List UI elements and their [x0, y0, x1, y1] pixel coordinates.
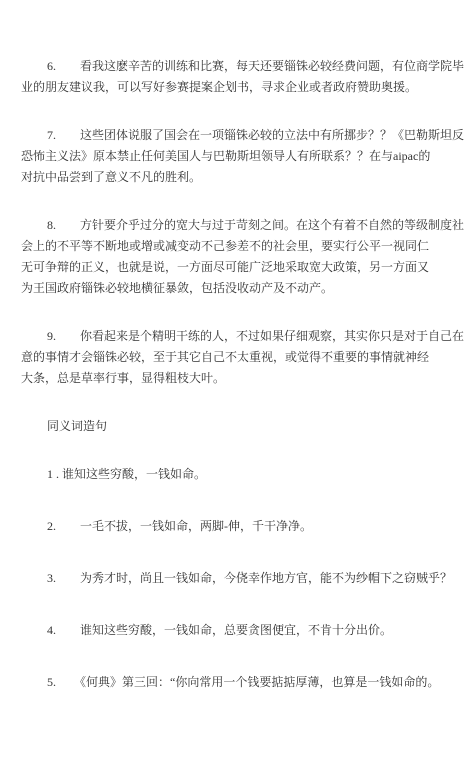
paragraph-7: 7. 这些团体说服了国会在一项锱铢必较的立法中有所挪步？？《巴勒斯坦反 恐怖主义…: [21, 125, 466, 188]
sentence-item-3: 3. 为秀才时，尚且一钱如命，今侥幸作地方官，能不为纱帽下之窃贼乎？: [21, 568, 466, 589]
paragraph-9: 9. 你看起来是个精明干练的人，不过如果仔细观察，其实你只是对于自己在 意的事情…: [21, 326, 466, 389]
sentence-item-2: 2. 一毛不拔，一钱如命，两脚-伸，千干净净。: [21, 516, 466, 537]
sentence-item-5: 5. 《何典》第三回：“你向常用一个钱要掂掂厚薄，也算是一钱如命的。: [21, 672, 466, 693]
paragraph-6: 6. 看我这麽辛苦的训练和比赛，每天还要锱铢必较经费问题，有位商学院毕 业的朋友…: [21, 56, 466, 98]
sentence-item-4: 4. 谁知这些穷酸，一钱如命，总要贪图便宜，不肯十分出价。: [21, 620, 466, 641]
sentence-item-1: 1 . 谁知这些穷酸，一钱如命。: [21, 464, 466, 485]
paragraph-8: 8. 方针要介乎过分的宽大与过于苛刻之间。在这个有着不自然的等级制度社 会上的不…: [21, 215, 466, 299]
section-heading: 同义词造句: [21, 416, 466, 437]
document-page: 6. 看我这麽辛苦的训练和比赛，每天还要锱铢必较经费问题，有位商学院毕 业的朋友…: [0, 0, 474, 781]
